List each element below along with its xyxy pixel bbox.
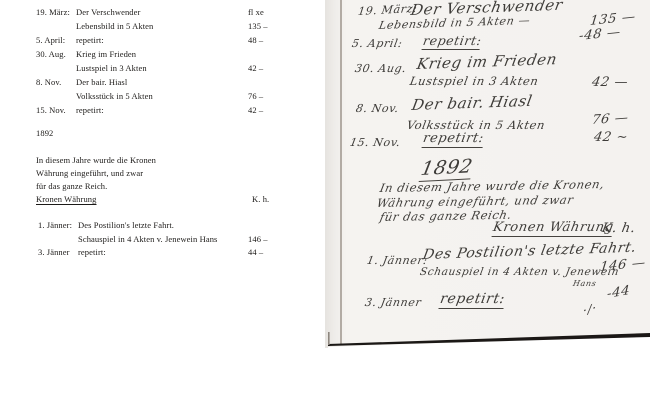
entry-amount: 42 – [248, 105, 263, 115]
currency-units: K. h. [252, 194, 269, 204]
transcription-row: 15. Nov. repetirt: 42 – [0, 105, 322, 117]
hw-entry-date: 8. Nov. [355, 102, 400, 115]
note-text: für das ganze Reich. [36, 181, 107, 191]
hw-entry-title: repetirt: [422, 33, 483, 50]
entry-date: 3. Jänner [38, 247, 70, 257]
entry-amount: 44 – [248, 247, 263, 257]
hw-entry-title: repetirt: [438, 291, 506, 309]
note-text: Währung eingeführt, und zwar [36, 168, 143, 178]
hw-entry-date: 3. Jänner [364, 296, 423, 309]
entry-amount: 42 – [248, 63, 263, 73]
entry-title: repetirt: [76, 35, 104, 45]
hw-entry-subtitle: Schauspiel in 4 Akten v. Jenewein [419, 266, 620, 278]
currency-heading: Kronen Währung [36, 194, 97, 204]
entry-date: 8. Nov. [36, 77, 61, 87]
transcription-row: 19. März: Der Verschwender fl xe [0, 7, 322, 19]
entry-amount: 76 – [248, 91, 263, 101]
hw-note-text: für das ganze Reich. [379, 208, 514, 224]
transcription-row: 1. Jänner: Des Postilion's letzte Fahrt. [0, 220, 322, 232]
hw-entry-date: 1. Jänner: [366, 254, 429, 267]
entry-amount: 48 – [248, 35, 263, 45]
hw-entry-date: 30. Aug. [354, 62, 408, 75]
note-text: In diesem Jahre wurde die Kronen [36, 155, 156, 165]
transcription-row: Lustspiel in 3 Akten 42 – [0, 63, 322, 75]
transcription-panel: 19. März: Der Verschwender fl xe Lebensb… [0, 0, 322, 400]
hw-entry-subtitle: Volksstück in 5 Akten [406, 118, 547, 132]
entry-date: 1. Jänner: [38, 220, 72, 230]
hw-entry-date: 5. April: [351, 37, 404, 50]
transcription-row: Volksstück in 5 Akten 76 – [0, 91, 322, 103]
entry-subtitle: Lebensbild in 5 Akten [76, 21, 153, 31]
year-heading: 1892 [36, 128, 53, 138]
manuscript-panel: 19. März: Der Verschwender Lebensbild in… [325, 0, 650, 348]
entry-amount: 135 – [248, 21, 268, 31]
hw-currency-heading: Kronen Währung [492, 220, 615, 237]
hw-currency-units: K. h. [601, 221, 637, 236]
entry-subtitle: Volksstück in 5 Akten [76, 91, 153, 101]
transcription-row: 5. April: repetirt: 48 – [0, 35, 322, 47]
hw-entry-subtitle: Lustspiel in 3 Akten [409, 74, 540, 88]
hw-entry-subtitle: Lebensbild in 5 Akten — [378, 14, 532, 32]
entry-subtitle: Schauspiel in 4 Akten v. Jenewein Hans [78, 234, 217, 244]
hw-entry-title: Krieg im Frieden [415, 50, 558, 73]
entry-amount: 146 – [248, 234, 268, 244]
hw-entry-amount: 42 ~ [593, 130, 630, 145]
note-line: In diesem Jahre wurde die Kronen [0, 155, 322, 167]
hw-year-heading: 1892 [419, 155, 475, 182]
hw-entry-title: Der bair. Hiasl [410, 92, 534, 114]
entry-date: 15. Nov. [36, 105, 66, 115]
entry-title: Des Postilion's letzte Fahrt. [78, 220, 174, 230]
year-heading-row: 1892 [0, 128, 322, 140]
entry-date: 19. März: [36, 7, 70, 17]
amount-column-header: fl xe [248, 7, 264, 17]
hw-entry-title: repetirt: [422, 131, 486, 148]
hw-entry-amount: 146 — [599, 255, 646, 275]
hw-entry-amount: -44 [607, 283, 631, 302]
entry-title: Der Verschwender [76, 7, 140, 17]
note-line: Währung eingeführt, und zwar [0, 168, 322, 180]
entry-title: Der bair. Hiasl [76, 77, 127, 87]
hw-entry-date: 15. Nov. [349, 136, 402, 149]
note-line: für das ganze Reich. [0, 181, 322, 193]
hw-entry-subtitle-overflow: Hans [572, 279, 597, 288]
entry-title: repetirt: [78, 247, 106, 257]
transcription-row: 8. Nov. Der bair. Hiasl [0, 77, 322, 89]
entry-date: 5. April: [36, 35, 65, 45]
hw-entry-amount: 42 — [591, 75, 630, 90]
entry-date: 30. Aug. [36, 49, 66, 59]
page-edge-line [325, 318, 650, 348]
entry-title: Krieg im Frieden [76, 49, 136, 59]
hw-entry-amount: 76 — [591, 111, 630, 128]
transcription-row: Lebensbild in 5 Akten 135 – [0, 21, 322, 33]
hw-flourish-mark: ·/· [583, 301, 598, 318]
currency-heading-row: Kronen Währung K. h. [0, 194, 322, 206]
hw-entry-amount: -48 — [578, 25, 621, 44]
transcription-row: 30. Aug. Krieg im Frieden [0, 49, 322, 61]
transcription-row: Schauspiel in 4 Akten v. Jenewein Hans 1… [0, 234, 322, 246]
binding-crease [340, 0, 342, 344]
transcription-row: 3. Jänner repetirt: 44 – [0, 247, 322, 259]
entry-title: repetirt: [76, 105, 104, 115]
entry-subtitle: Lustspiel in 3 Akten [76, 63, 147, 73]
